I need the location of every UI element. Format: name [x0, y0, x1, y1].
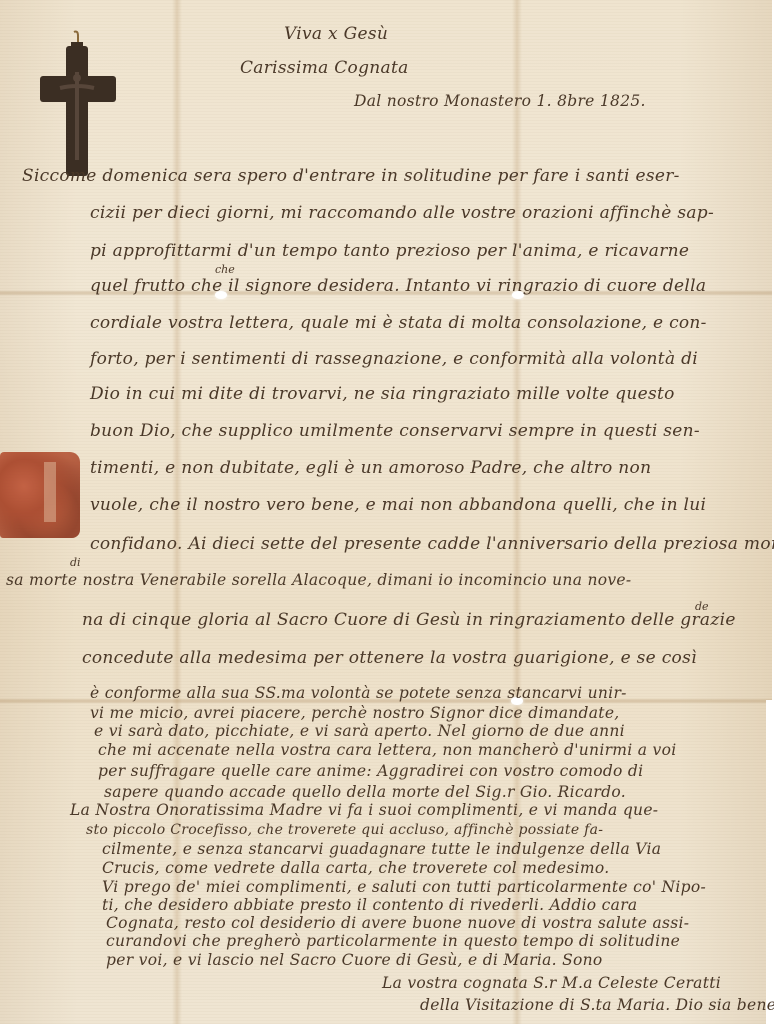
signature-line: La vostra cognata S.r M.a Celeste Ceratt… — [382, 974, 721, 992]
body-line: e vi sarà dato, picchiate, e vi sarà ape… — [94, 722, 625, 740]
body-line: sapere quando accade quello della morte … — [104, 783, 626, 801]
body-line: pi approfittarmi d'un tempo tanto prezio… — [90, 241, 689, 261]
signature-line: della Visitazione di S.ta Maria. Dio sia… — [420, 996, 774, 1014]
body-line: cizii per dieci giorni, mi raccomando al… — [90, 203, 714, 223]
wax-seal — [0, 452, 80, 538]
body-line: Siccome domenica sera spero d'entrare in… — [22, 166, 680, 186]
body-line: concedute alla medesima per ottenere la … — [82, 648, 697, 668]
body-line: che mi accenate nella vostra cara letter… — [98, 741, 677, 759]
body-line: sa morte nostra Venerabile sorella Alaco… — [6, 571, 631, 589]
interlinear-note: de — [695, 600, 709, 613]
body-line: è conforme alla sua SS.ma volontà se pot… — [90, 684, 627, 702]
body-line: Vi prego de' miei complimenti, e saluti … — [102, 878, 706, 896]
letter-sheet: Viva x Gesù Carissima Cognata Dal nostro… — [0, 0, 772, 1024]
body-line: curandovi che pregherò particolarmente i… — [106, 932, 680, 950]
body-line: vuole, che il nostro vero bene, e mai no… — [90, 495, 706, 515]
crucifix-icon — [38, 30, 118, 180]
body-line: La Nostra Onoratissima Madre vi fa i suo… — [70, 801, 658, 819]
invocation: Viva x Gesù — [284, 24, 388, 44]
body-line: cordiale vostra lettera, quale mi è stat… — [90, 313, 707, 333]
body-line: quel frutto che il signore desidera. Int… — [90, 276, 706, 296]
body-line: buon Dio, che supplico umilmente conserv… — [90, 421, 700, 441]
body-line: sto piccolo Crocefisso, che troverete qu… — [86, 822, 603, 838]
body-line: vi me micio, avrei piacere, perchè nostr… — [90, 704, 620, 722]
torn-edge — [766, 700, 772, 1024]
body-line: timenti, e non dubitate, egli è un amoro… — [90, 458, 651, 478]
body-line: Dio in cui mi dite di trovarvi, ne sia r… — [90, 384, 675, 404]
dateline: Dal nostro Monastero 1. 8bre 1825. — [354, 92, 646, 110]
body-line: cilmente, e senza stancarvi guadagnare t… — [102, 840, 661, 858]
body-line: confidano. Ai dieci sette del presente c… — [90, 534, 774, 554]
interlinear-note: di — [70, 556, 81, 569]
body-line: per suffragare quelle care anime: Aggrad… — [98, 762, 643, 780]
body-line: na di cinque gloria al Sacro Cuore di Ge… — [82, 610, 736, 630]
body-line: ti, che desidero abbiate presto il conte… — [102, 896, 637, 914]
body-line: Cognata, resto col desiderio di avere bu… — [106, 914, 689, 932]
body-line: Crucis, come vedrete dalla carta, che tr… — [102, 859, 610, 877]
body-line: per voi, e vi lascio nel Sacro Cuore di … — [106, 951, 603, 969]
interlinear-note: che — [215, 263, 235, 276]
body-line: forto, per i sentimenti di rassegnazione… — [90, 349, 698, 369]
salutation: Carissima Cognata — [240, 58, 409, 78]
